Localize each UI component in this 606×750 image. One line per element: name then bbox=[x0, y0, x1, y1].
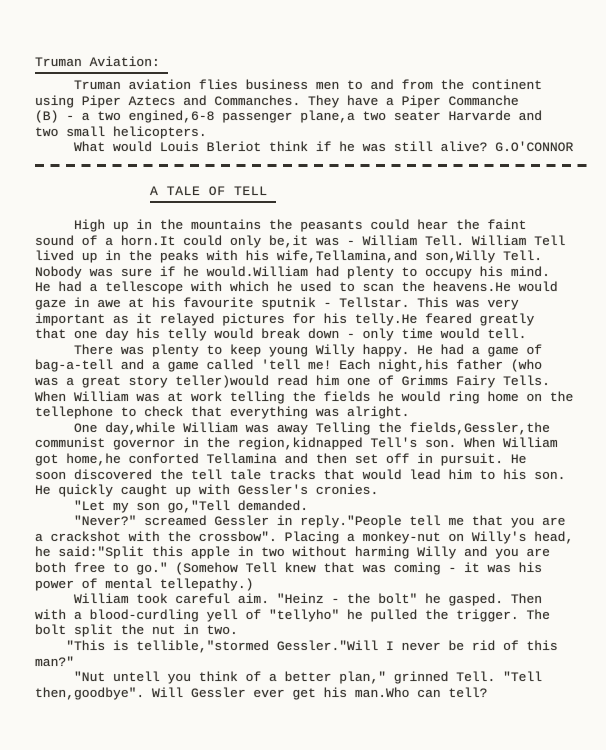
paragraph: "Nut untell you think of a better plan,"… bbox=[35, 670, 600, 701]
article2-body: High up in the mountains the peasants co… bbox=[35, 218, 600, 701]
article2-heading: A TALE OF TELL bbox=[150, 184, 276, 203]
paragraph: One day,while William was away Telling t… bbox=[35, 421, 600, 499]
paragraph: High up in the mountains the peasants co… bbox=[35, 218, 600, 343]
paragraph: "Never?" screamed Gessler in reply."Peop… bbox=[35, 514, 600, 592]
paragraph: "This is tellible,"stormed Gessler."Will… bbox=[35, 639, 600, 670]
article1-heading: Truman Aviation: bbox=[35, 55, 168, 74]
paragraph: "Let my son go,"Tell demanded. bbox=[35, 499, 600, 515]
paragraph: There was plenty to keep young Willy hap… bbox=[35, 343, 600, 421]
paragraph: William took careful aim. "Heinz - the b… bbox=[35, 592, 600, 639]
dashed-separator-line bbox=[35, 164, 593, 167]
article1-body: Truman aviation flies business men to an… bbox=[35, 78, 595, 156]
typewritten-page: Truman Aviation: Truman aviation flies b… bbox=[0, 0, 606, 750]
